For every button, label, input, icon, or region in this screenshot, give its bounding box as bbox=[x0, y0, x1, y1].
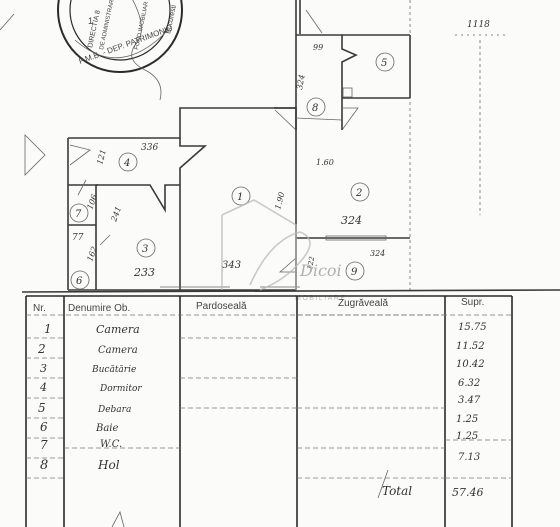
svg-text:324: 324 bbox=[295, 74, 307, 91]
svg-text:1.60: 1.60 bbox=[316, 158, 334, 167]
watermark-logo-text: Dicoi bbox=[299, 261, 342, 280]
official-stamp: P.M.B. - DEP. PATRIMONIU DIRECTIA 8 DE A… bbox=[0, 0, 182, 100]
floor-plan-document: P.M.B. - DEP. PATRIMONIU DIRECTIA 8 DE A… bbox=[0, 0, 560, 527]
svg-text:121: 121 bbox=[95, 148, 108, 165]
room-label-5: 5 bbox=[376, 53, 394, 71]
svg-text:1.25: 1.25 bbox=[456, 431, 478, 442]
svg-text:8: 8 bbox=[40, 458, 48, 473]
table-row: 7 W.C. 1.25 bbox=[40, 431, 478, 452]
north-marker-icon bbox=[25, 135, 45, 175]
svg-text:10.42: 10.42 bbox=[456, 359, 485, 370]
column-header-name: Denumire Ob. bbox=[68, 303, 130, 314]
stamp-text: Bucuresti bbox=[165, 4, 178, 34]
svg-text:1.25: 1.25 bbox=[456, 414, 478, 425]
svg-text:241: 241 bbox=[109, 205, 123, 223]
svg-text:7: 7 bbox=[75, 209, 82, 220]
svg-text:1.90: 1.90 bbox=[273, 191, 286, 211]
svg-text:11.52: 11.52 bbox=[456, 341, 485, 352]
svg-text:4: 4 bbox=[39, 381, 47, 394]
svg-text:Camera: Camera bbox=[98, 345, 138, 356]
svg-text:6.32: 6.32 bbox=[458, 378, 480, 389]
svg-text:Debara: Debara bbox=[97, 405, 131, 415]
svg-text:3: 3 bbox=[142, 244, 148, 255]
room-labels: 1 2 3 4 5 6 7 8 9 bbox=[70, 53, 394, 289]
svg-text:7.13: 7.13 bbox=[458, 452, 480, 463]
svg-text:2: 2 bbox=[355, 188, 362, 199]
svg-text:8: 8 bbox=[312, 103, 318, 114]
table-row: 8 Hol 7.13 bbox=[40, 452, 480, 473]
room-label-8: 8 bbox=[307, 98, 325, 116]
svg-text:324: 324 bbox=[341, 214, 362, 227]
room-label-6: 6 bbox=[71, 271, 89, 289]
room-label-9: 9 bbox=[346, 262, 364, 280]
table-row: 2 Camera 11.52 bbox=[37, 341, 485, 356]
svg-text:3: 3 bbox=[40, 362, 47, 375]
svg-text:W.C.: W.C. bbox=[100, 439, 122, 450]
svg-text:5: 5 bbox=[381, 58, 387, 69]
total-value: 57.46 bbox=[452, 486, 484, 499]
table-row: 6 Baie 1.25 bbox=[40, 414, 478, 434]
svg-text:77: 77 bbox=[72, 233, 84, 243]
svg-text:Bucătărie: Bucătărie bbox=[91, 364, 136, 375]
table-row: 1 Camera 15.75 bbox=[44, 322, 487, 336]
svg-text:106: 106 bbox=[85, 193, 99, 210]
total-label: Total bbox=[382, 484, 412, 498]
svg-text:1: 1 bbox=[44, 322, 52, 336]
room-label-3: 3 bbox=[137, 239, 155, 257]
svg-text:343: 343 bbox=[222, 260, 241, 271]
room-label-2: 2 bbox=[351, 183, 369, 201]
dimension-labels: 343 1.90 324 1.60 241 233 336 121 99 77 … bbox=[72, 20, 490, 279]
svg-text:324: 324 bbox=[370, 249, 385, 258]
svg-text:2: 2 bbox=[37, 342, 46, 356]
stamp-number: 1 bbox=[88, 16, 93, 26]
side-dimension: 1118 bbox=[467, 20, 490, 30]
svg-text:15.75: 15.75 bbox=[458, 322, 487, 333]
svg-text:162: 162 bbox=[85, 245, 99, 262]
svg-text:3.47: 3.47 bbox=[458, 395, 481, 406]
room-label-4: 4 bbox=[119, 153, 137, 171]
svg-text:5: 5 bbox=[38, 401, 46, 415]
room-schedule-table: Nr. Denumire Ob. Pardoseală Zugrăveală S… bbox=[26, 296, 512, 527]
svg-text:Camera: Camera bbox=[96, 323, 140, 336]
table-row: 3 Bucătărie 10.42 bbox=[40, 359, 485, 375]
svg-text:336: 336 bbox=[141, 143, 158, 153]
svg-text:4: 4 bbox=[123, 158, 130, 169]
column-header-paint: Zugrăveală bbox=[338, 298, 388, 309]
svg-text:Hol: Hol bbox=[97, 458, 120, 472]
svg-text:6: 6 bbox=[76, 276, 83, 287]
svg-text:Baie: Baie bbox=[95, 423, 119, 434]
column-header-floor: Pardoseală bbox=[196, 301, 247, 312]
svg-text:6: 6 bbox=[40, 420, 48, 434]
svg-text:99: 99 bbox=[313, 43, 323, 52]
svg-text:233: 233 bbox=[133, 266, 155, 279]
svg-text:1: 1 bbox=[237, 192, 243, 203]
stamp-text: DE ADMINISTRARE bbox=[99, 0, 116, 50]
floor-plan-drawing: P.M.B. - DEP. PATRIMONIU DIRECTIA 8 DE A… bbox=[0, 0, 560, 527]
column-header-nr: Nr. bbox=[33, 303, 46, 314]
table-row: 5 Debara 3.47 bbox=[38, 395, 481, 415]
table-row: 4 Dormitor 6.32 bbox=[39, 378, 480, 394]
column-header-area: Supr. bbox=[461, 297, 484, 308]
svg-text:9: 9 bbox=[351, 267, 358, 278]
svg-text:7: 7 bbox=[40, 438, 48, 452]
svg-text:Dormitor: Dormitor bbox=[99, 384, 142, 394]
